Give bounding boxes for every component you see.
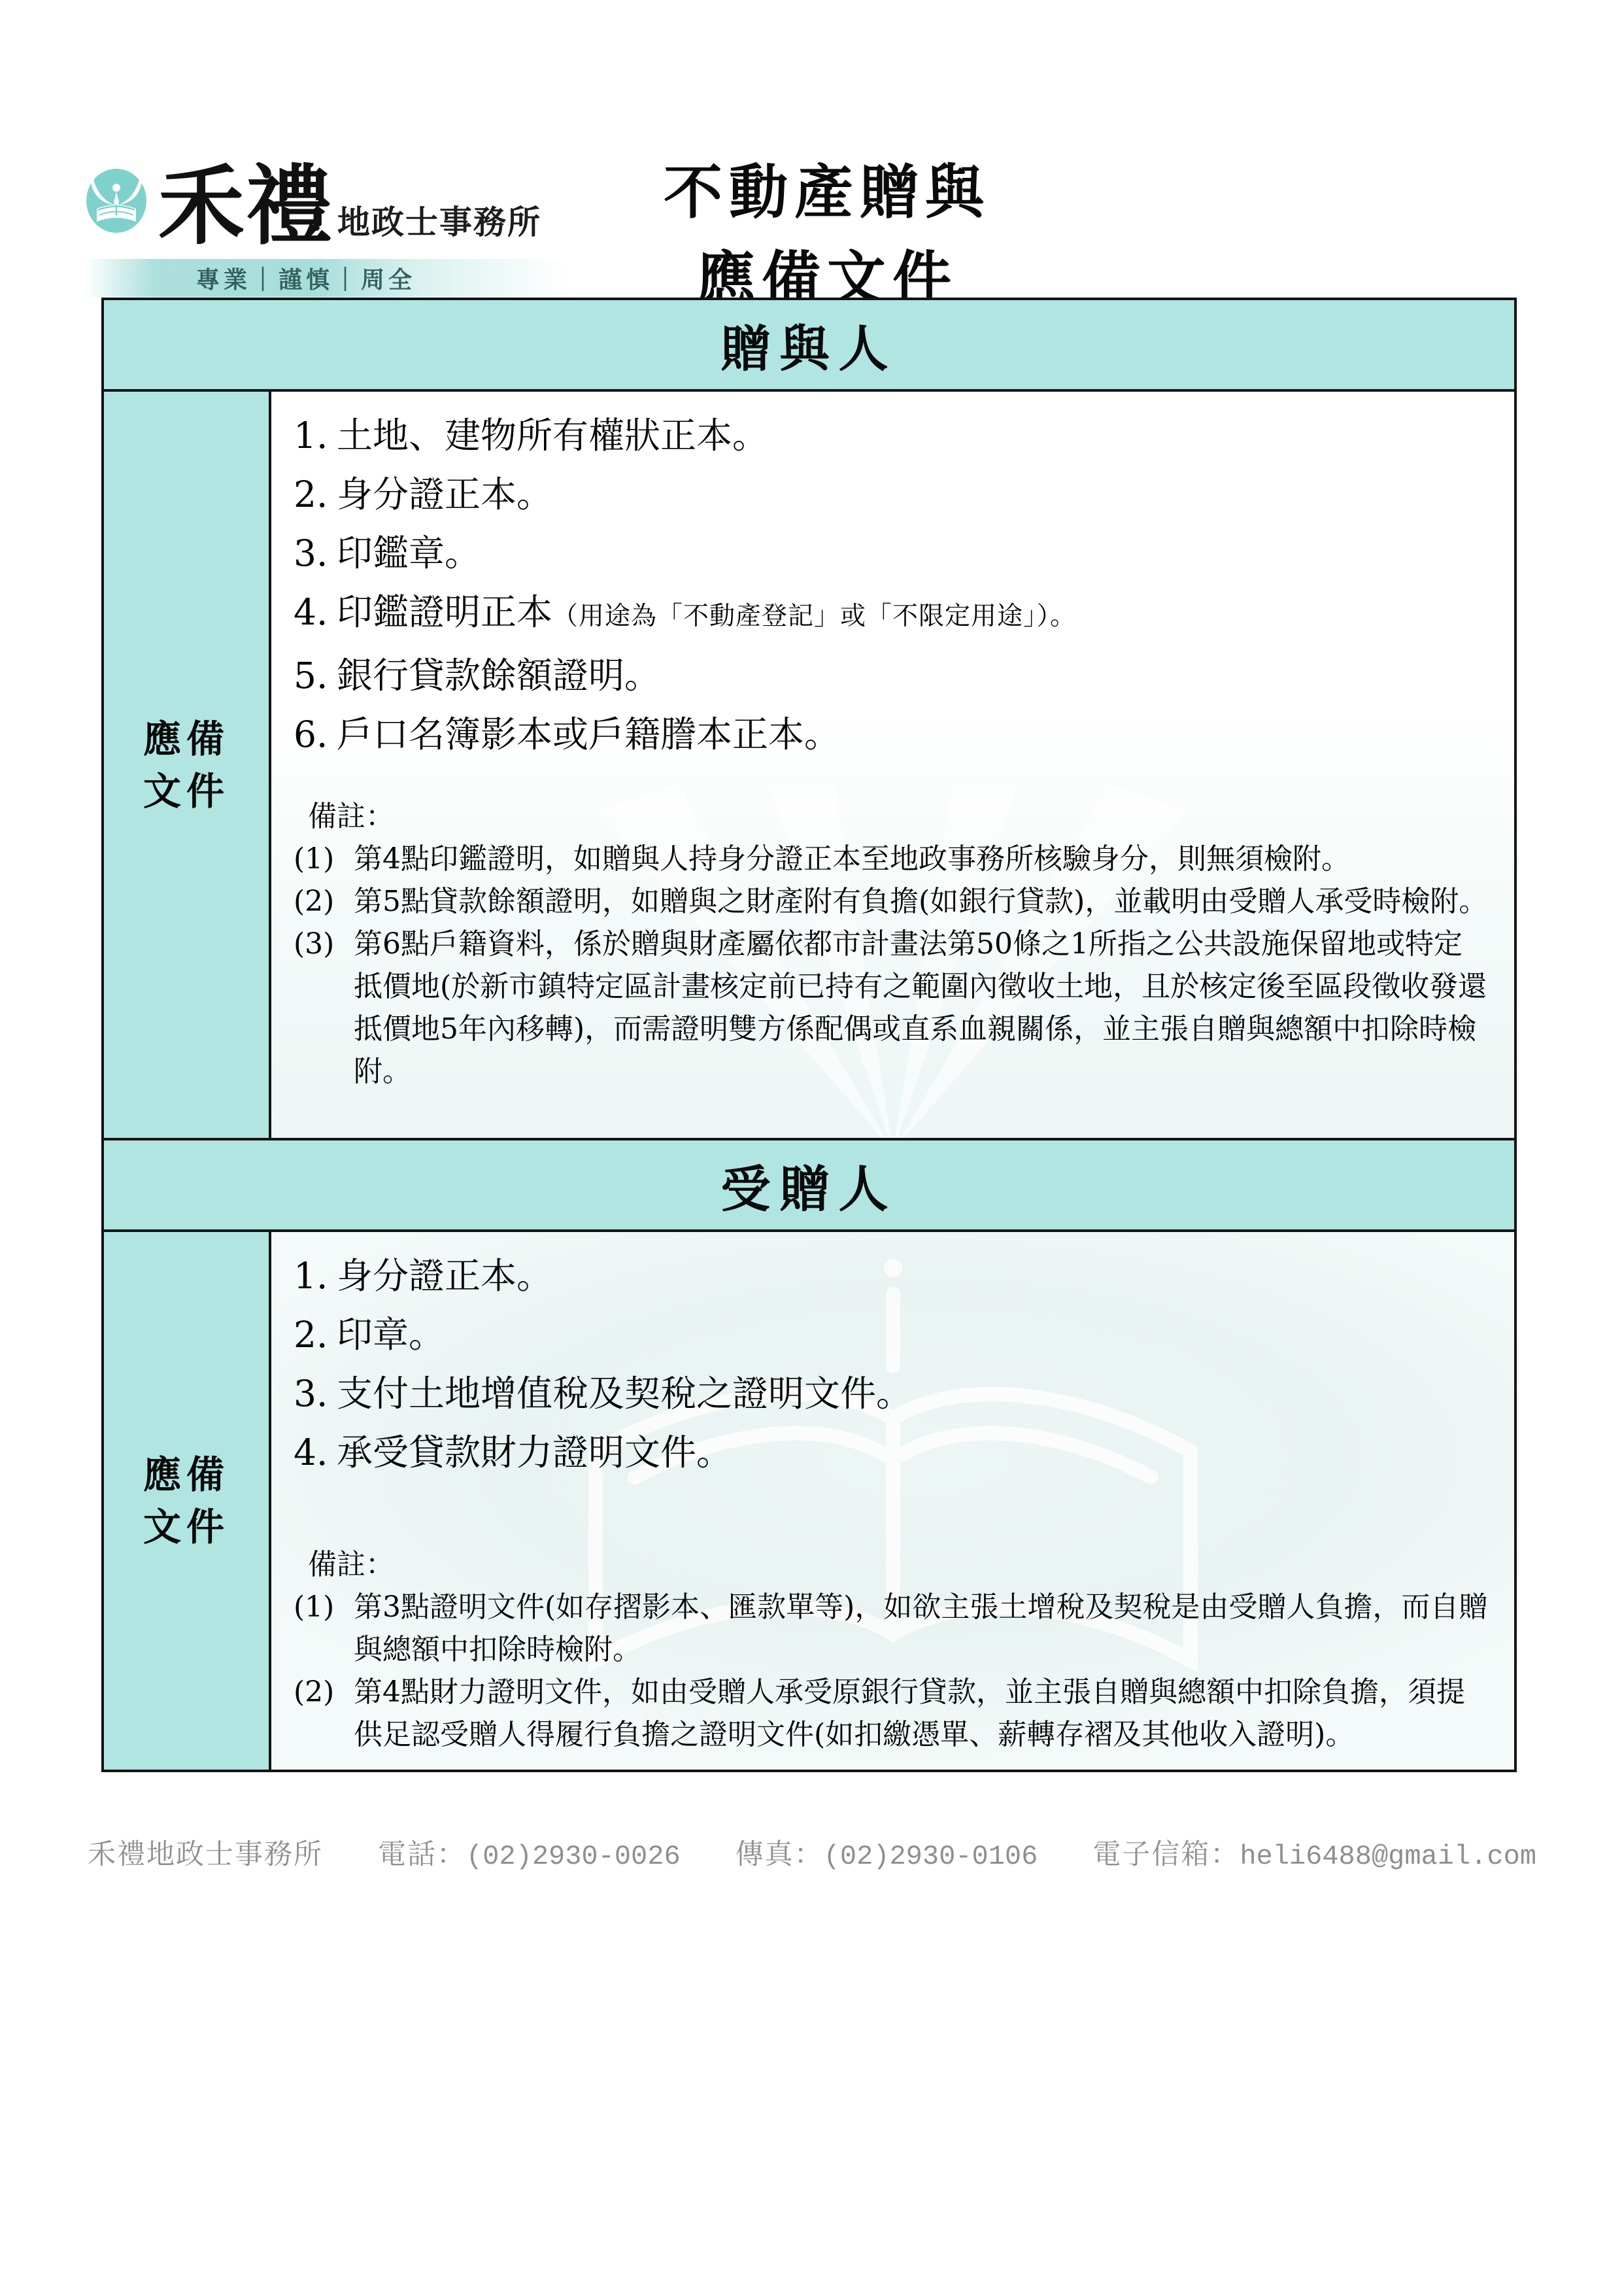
list-item: 3. 印鑑章。 [294, 524, 1488, 583]
list-item-small-note: （用途為「不動產登記」或「不限定用途」）。 [552, 602, 1076, 631]
receiver-content-cell: 1. 身分證正本。 2. 印章。 3. 支付土地增值稅及契稅之證明文件。 [271, 1232, 1514, 1770]
section-header-receiver: 受贈人 [104, 1140, 1514, 1232]
section-row-receiver: 應備 文件 [104, 1232, 1514, 1770]
footer-fax: 傳真：(02)2930-0106 [736, 1832, 1038, 1872]
document-page: 禾禮 地政士事務所 專業｜謹慎｜周全 不動產贈與 應備文件 贈與人 應備 文件 [0, 0, 1624, 2296]
list-item-number: 4. [294, 583, 337, 646]
side-label-required-documents: 應備 文件 [104, 1232, 271, 1770]
list-item: 1. 身分證正本。 [294, 1246, 1488, 1305]
page-title: 不動產贈與 應備文件 [0, 149, 1624, 322]
notes-label: 備註： [308, 1543, 1488, 1586]
list-item: 4. 承受貸款財力證明文件。 [294, 1423, 1488, 1482]
list-item: 4. 印鑑證明正本（用途為「不動產登記」或「不限定用途」）。 [294, 583, 1488, 646]
footer-fax-number: (02)2930-0106 [824, 1841, 1038, 1872]
receiver-items-list: 1. 身分證正本。 2. 印章。 3. 支付土地增值稅及契稅之證明文件。 [294, 1246, 1488, 1482]
list-item-number: 2. [294, 465, 337, 524]
notes-label: 備註： [308, 795, 1488, 838]
section-row-giver: 應備 文件 1. 土地、建物所有 [104, 392, 1514, 1140]
list-item-text: 身分證正本。 [337, 1255, 552, 1297]
note-number: (2) [294, 1671, 354, 1756]
footer-phone-number: (02)2930-0026 [466, 1841, 681, 1872]
note-item: (1) 第3點證明文件(如存摺影本、匯款單等)，如欲主張土增稅及契稅是由受贈人負… [294, 1586, 1488, 1671]
footer-phone: 電話：(02)2930-0026 [378, 1832, 681, 1872]
list-item-number: 3. [294, 1364, 337, 1423]
requirements-table: 贈與人 應備 文件 [101, 298, 1517, 1772]
list-item-text: 土地、建物所有權狀正本。 [337, 415, 768, 456]
note-item: (2) 第5點貸款餘額證明，如贈與之財產附有負擔(如銀行貸款)，並載明由受贈人承… [294, 880, 1488, 923]
list-item-text: 印鑑章。 [337, 532, 481, 574]
list-item-number: 3. [294, 524, 337, 583]
giver-content-cell: 1. 土地、建物所有權狀正本。 2. 身分證正本。 3. 印鑑章。 [271, 392, 1514, 1138]
footer-email: 電子信箱：heli6488@gmail.com [1092, 1832, 1536, 1872]
contact-footer: 禾禮地政士事務所 電話：(02)2930-0026 傳真：(02)2930-01… [0, 1832, 1624, 1872]
list-item: 1. 土地、建物所有權狀正本。 [294, 406, 1488, 465]
giver-items-list: 1. 土地、建物所有權狀正本。 2. 身分證正本。 3. 印鑑章。 [294, 406, 1488, 764]
receiver-notes-list: (1) 第3點證明文件(如存摺影本、匯款單等)，如欲主張土增稅及契稅是由受贈人負… [294, 1586, 1488, 1756]
footer-office-name: 禾禮地政士事務所 [88, 1832, 323, 1872]
list-item-text: 支付土地增值稅及契稅之證明文件。 [337, 1373, 912, 1414]
list-item: 5. 銀行貸款餘額證明。 [294, 646, 1488, 705]
list-item-number: 4. [294, 1423, 337, 1482]
section-header-giver: 贈與人 [104, 300, 1514, 392]
note-number: (1) [294, 838, 354, 880]
note-number: (3) [294, 923, 354, 1093]
page-title-line1: 不動產贈與 [30, 149, 1624, 235]
footer-email-address: heli6488@gmail.com [1240, 1841, 1536, 1872]
list-item-text: 印章。 [337, 1314, 445, 1356]
giver-notes: 備註： (1) 第4點印鑑證明，如贈與人持身分證正本至地政事務所核驗身分，則無須… [294, 795, 1488, 1093]
list-item-text: 印鑑證明正本 [337, 591, 552, 633]
list-item-number: 1. [294, 406, 337, 465]
note-number: (1) [294, 1586, 354, 1671]
note-text: 第4點財力證明文件，如由受贈人承受原銀行貸款，並主張自贈與總額中扣除負擔，須提供… [354, 1671, 1488, 1756]
list-item: 3. 支付土地增值稅及契稅之證明文件。 [294, 1364, 1488, 1423]
list-item: 6. 戶口名簿影本或戶籍謄本正本。 [294, 705, 1488, 764]
note-item: (2) 第4點財力證明文件，如由受贈人承受原銀行貸款，並主張自贈與總額中扣除負擔… [294, 1671, 1488, 1756]
list-item: 2. 身分證正本。 [294, 465, 1488, 524]
list-item-text: 戶口名簿影本或戶籍謄本正本。 [337, 713, 840, 755]
list-item-number: 5. [294, 646, 337, 705]
note-item: (1) 第4點印鑑證明，如贈與人持身分證正本至地政事務所核驗身分，則無須檢附。 [294, 838, 1488, 880]
note-number: (2) [294, 880, 354, 923]
list-item-text: 承受貸款財力證明文件。 [337, 1431, 732, 1473]
side-label-required-documents: 應備 文件 [104, 392, 271, 1138]
list-item-number: 2. [294, 1305, 337, 1364]
list-item-number: 6. [294, 705, 337, 764]
list-item: 2. 印章。 [294, 1305, 1488, 1364]
note-item: (3) 第6點戶籍資料，係於贈與財產屬依都市計畫法第50條之1所指之公共設施保留… [294, 923, 1488, 1093]
list-item-text: 身分證正本。 [337, 473, 552, 515]
note-text: 第6點戶籍資料，係於贈與財產屬依都市計畫法第50條之1所指之公共設施保留地或特定… [354, 923, 1488, 1093]
list-item-text: 銀行貸款餘額證明。 [337, 655, 660, 696]
giver-notes-list: (1) 第4點印鑑證明，如贈與人持身分證正本至地政事務所核驗身分，則無須檢附。 … [294, 838, 1488, 1093]
note-text: 第5點貸款餘額證明，如贈與之財產附有負擔(如銀行貸款)，並載明由受贈人承受時檢附… [354, 880, 1488, 923]
note-text: 第3點證明文件(如存摺影本、匯款單等)，如欲主張土增稅及契稅是由受贈人負擔，而自… [354, 1586, 1488, 1671]
note-text: 第4點印鑑證明，如贈與人持身分證正本至地政事務所核驗身分，則無須檢附。 [354, 838, 1488, 880]
receiver-notes: 備註： (1) 第3點證明文件(如存摺影本、匯款單等)，如欲主張土增稅及契稅是由… [294, 1543, 1488, 1756]
list-item-number: 1. [294, 1246, 337, 1305]
